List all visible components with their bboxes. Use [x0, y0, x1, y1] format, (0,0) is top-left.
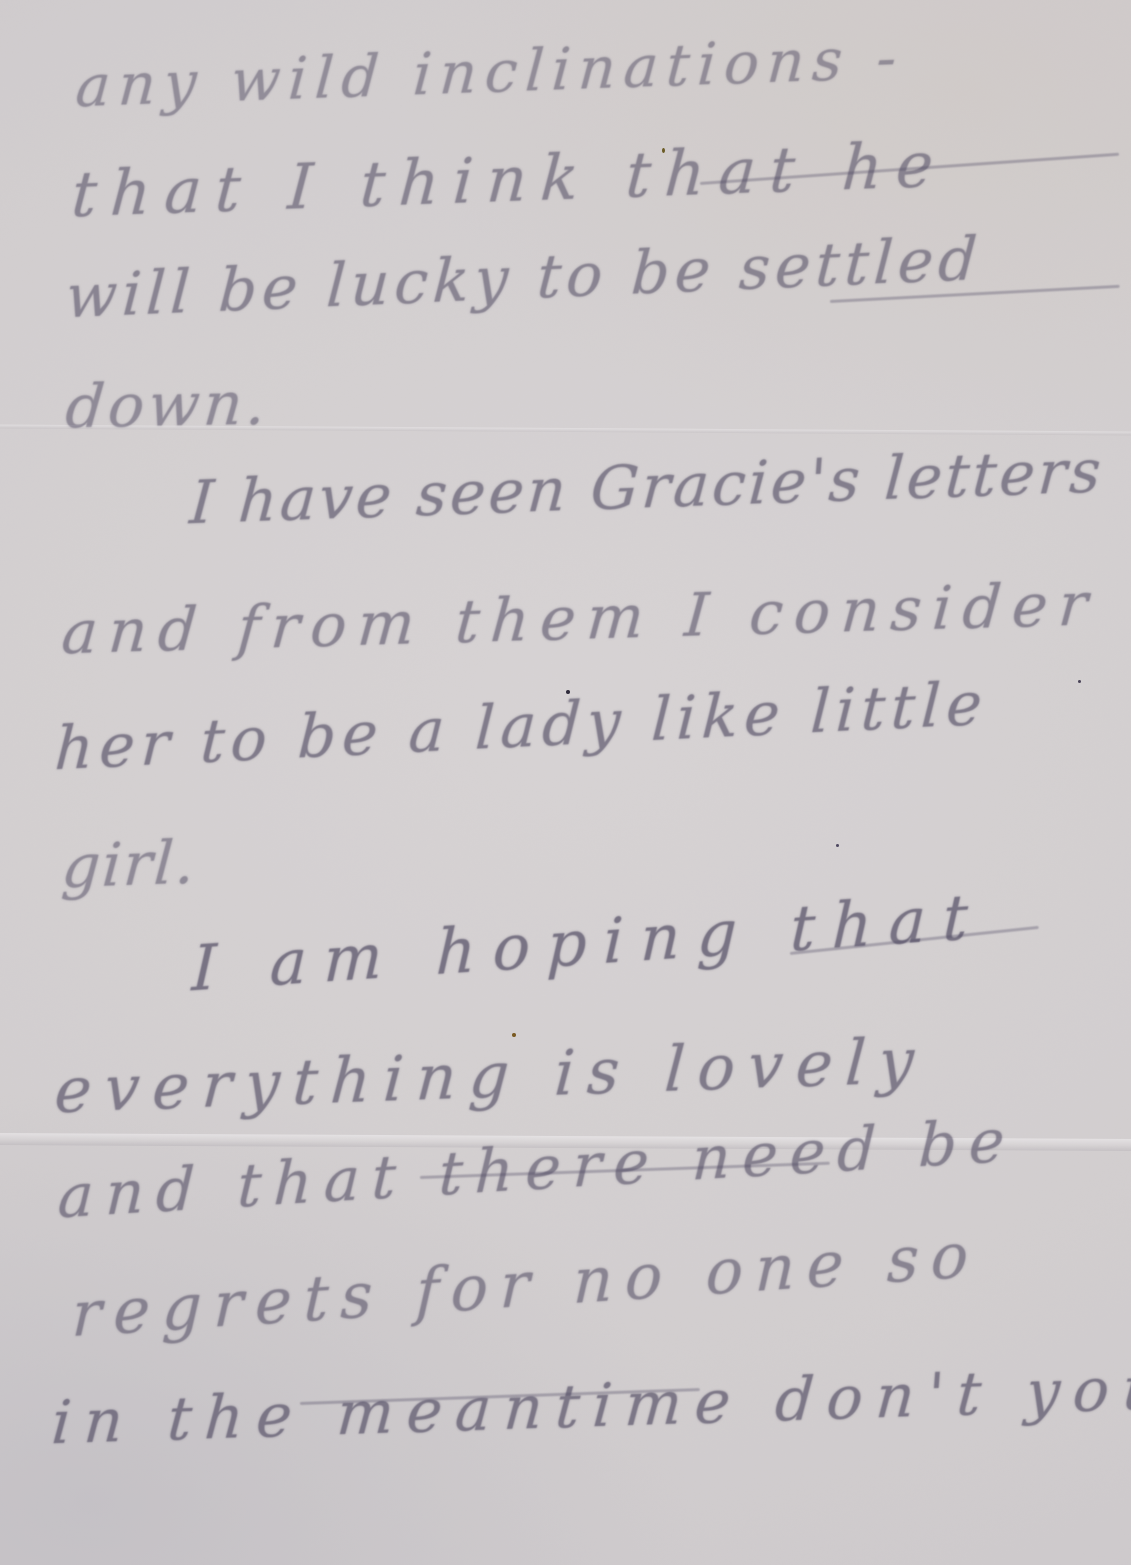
letter-line: down.: [63, 368, 273, 442]
paper-speck: [512, 1033, 516, 1037]
letter-line: will be lucky to be settled: [64, 223, 984, 332]
paper-speck: [836, 844, 839, 847]
letter-line: I am hoping that: [191, 879, 987, 1005]
letter-line: her to be a lady like little: [53, 668, 990, 784]
letter-line: and from them I consider: [59, 569, 1101, 668]
letter-line: I have seen Gracie's letters: [188, 436, 1106, 538]
letter-line: any wild inclinations -: [74, 23, 907, 120]
paper-speck: [1078, 680, 1081, 683]
letter-page: any wild inclinations - that I think tha…: [0, 0, 1131, 1565]
letter-line: in the meantime don't you: [49, 1353, 1131, 1458]
letter-line: everything is lovely: [52, 1023, 929, 1127]
letter-line: and that there need be: [56, 1105, 1018, 1232]
letter-line: regrets for no one so: [71, 1218, 982, 1352]
letter-line: that I think that he: [69, 127, 949, 231]
letter-line: girl.: [60, 827, 199, 902]
